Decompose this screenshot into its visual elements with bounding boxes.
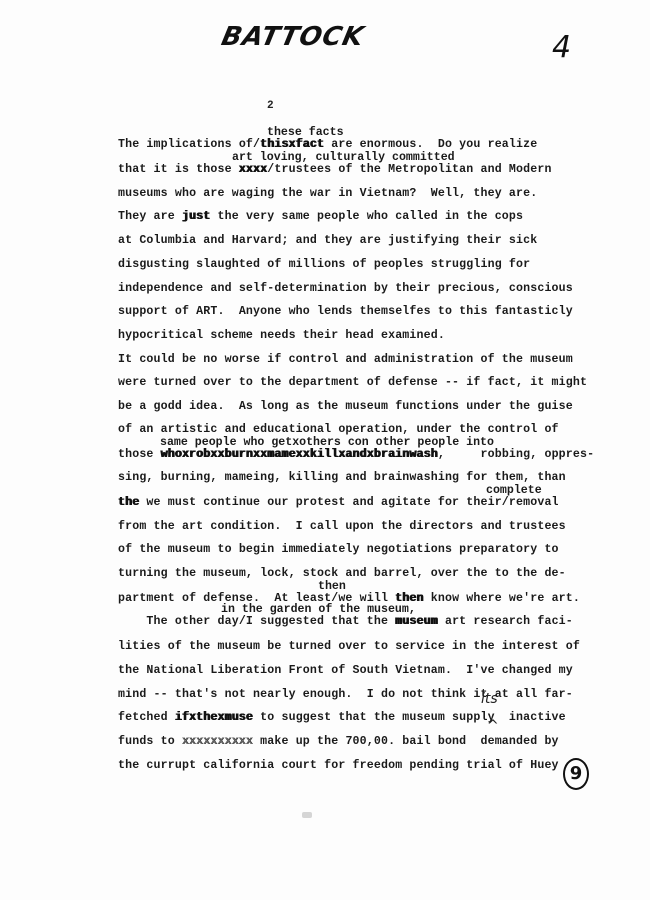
struck-text: ifxthexmuse	[175, 711, 253, 724]
text: are enormous. Do you realize	[324, 138, 537, 151]
typed-line: of the museum to begin immediately negot…	[118, 543, 559, 556]
text: The implications of/	[118, 138, 260, 151]
typed-line: museums who are waging the war in Vietna…	[118, 187, 537, 200]
typed-line: the we must continue our protest and agi…	[118, 496, 559, 509]
typed-line: turning the museum, lock, stock and barr…	[118, 567, 566, 580]
handwritten-insertion: its	[481, 691, 498, 707]
struck-text: whoxrobxxburnxxmamexxkillxandxbrainwash	[161, 448, 438, 461]
text: , robbing, oppres-	[438, 448, 594, 461]
text: make up the 700,00. bail bond demanded b…	[253, 735, 559, 748]
typed-line: lities of the museum be turned over to s…	[118, 640, 580, 653]
typed-line: The implications of/thisxfact are enormo…	[118, 138, 537, 151]
struck-text: xxxxxxxxxx	[182, 735, 253, 748]
text: those	[118, 448, 161, 461]
typed-line: at Columbia and Harvard; and they are ju…	[118, 234, 537, 247]
typed-line: the currupt california court for freedom…	[118, 759, 559, 772]
typed-line: They are just the very same people who c…	[118, 210, 523, 223]
text: the very same people who called in the c…	[210, 210, 523, 223]
typed-line: of an artistic and educational operation…	[118, 423, 559, 436]
typed-line: mind -- that's not nearly enough. I do n…	[118, 688, 573, 701]
typed-line: those whoxrobxxburnxxmamexxkillxandxbrai…	[118, 448, 594, 461]
typed-line: independence and self-determination by t…	[118, 282, 573, 295]
typed-line: were turned over to the department of de…	[118, 376, 587, 389]
struck-text: the	[118, 496, 139, 509]
text: They are	[118, 210, 182, 223]
typed-line: the National Liberation Front of South V…	[118, 664, 573, 677]
typed-line: hypocritical scheme needs their head exa…	[118, 329, 445, 342]
typed-line: that it is those xxxx/trustees of the Me…	[118, 163, 552, 176]
struck-text: museum	[395, 615, 438, 628]
typed-line: funds to xxxxxxxxxx make up the 700,00. …	[118, 735, 559, 748]
handwritten-header: BATTOCK	[219, 22, 367, 52]
caret-mark: ^	[487, 718, 499, 734]
typed-line: from the art condition. I call upon the …	[118, 520, 566, 533]
text: to suggest that the museum supply inacti…	[253, 711, 566, 724]
text: The other day/I suggested that the	[118, 615, 395, 628]
typed-line: The other day/I suggested that the museu…	[118, 615, 573, 628]
typed-line: disgusting slaughted of millions of peop…	[118, 258, 530, 271]
smudge-mark	[302, 812, 312, 818]
text: that it is those	[118, 163, 239, 176]
document-page: BATTOCK 4 2 these facts The implications…	[0, 0, 650, 900]
typed-line: support of ART. Anyone who lends themsel…	[118, 305, 573, 318]
text: know where we're art.	[424, 592, 580, 605]
typed-line: It could be no worse if control and admi…	[118, 353, 573, 366]
typed-line: be a godd idea. As long as the museum fu…	[118, 400, 573, 413]
typed-page-number: 2	[267, 100, 274, 112]
struck-text: xxxx	[239, 163, 267, 176]
text: fetched	[118, 711, 175, 724]
circled-number: 9	[563, 758, 589, 790]
text: funds to	[118, 735, 182, 748]
struck-text: just	[182, 210, 210, 223]
text: /trustees of the Metropolitan and Modern	[267, 163, 551, 176]
text: art research faci-	[438, 615, 573, 628]
handwritten-page-number: 4	[552, 30, 571, 65]
text: we must continue our protest and agitate…	[139, 496, 558, 509]
typed-line: sing, burning, mameing, killing and brai…	[118, 471, 566, 484]
struck-text: thisxfact	[260, 138, 324, 151]
